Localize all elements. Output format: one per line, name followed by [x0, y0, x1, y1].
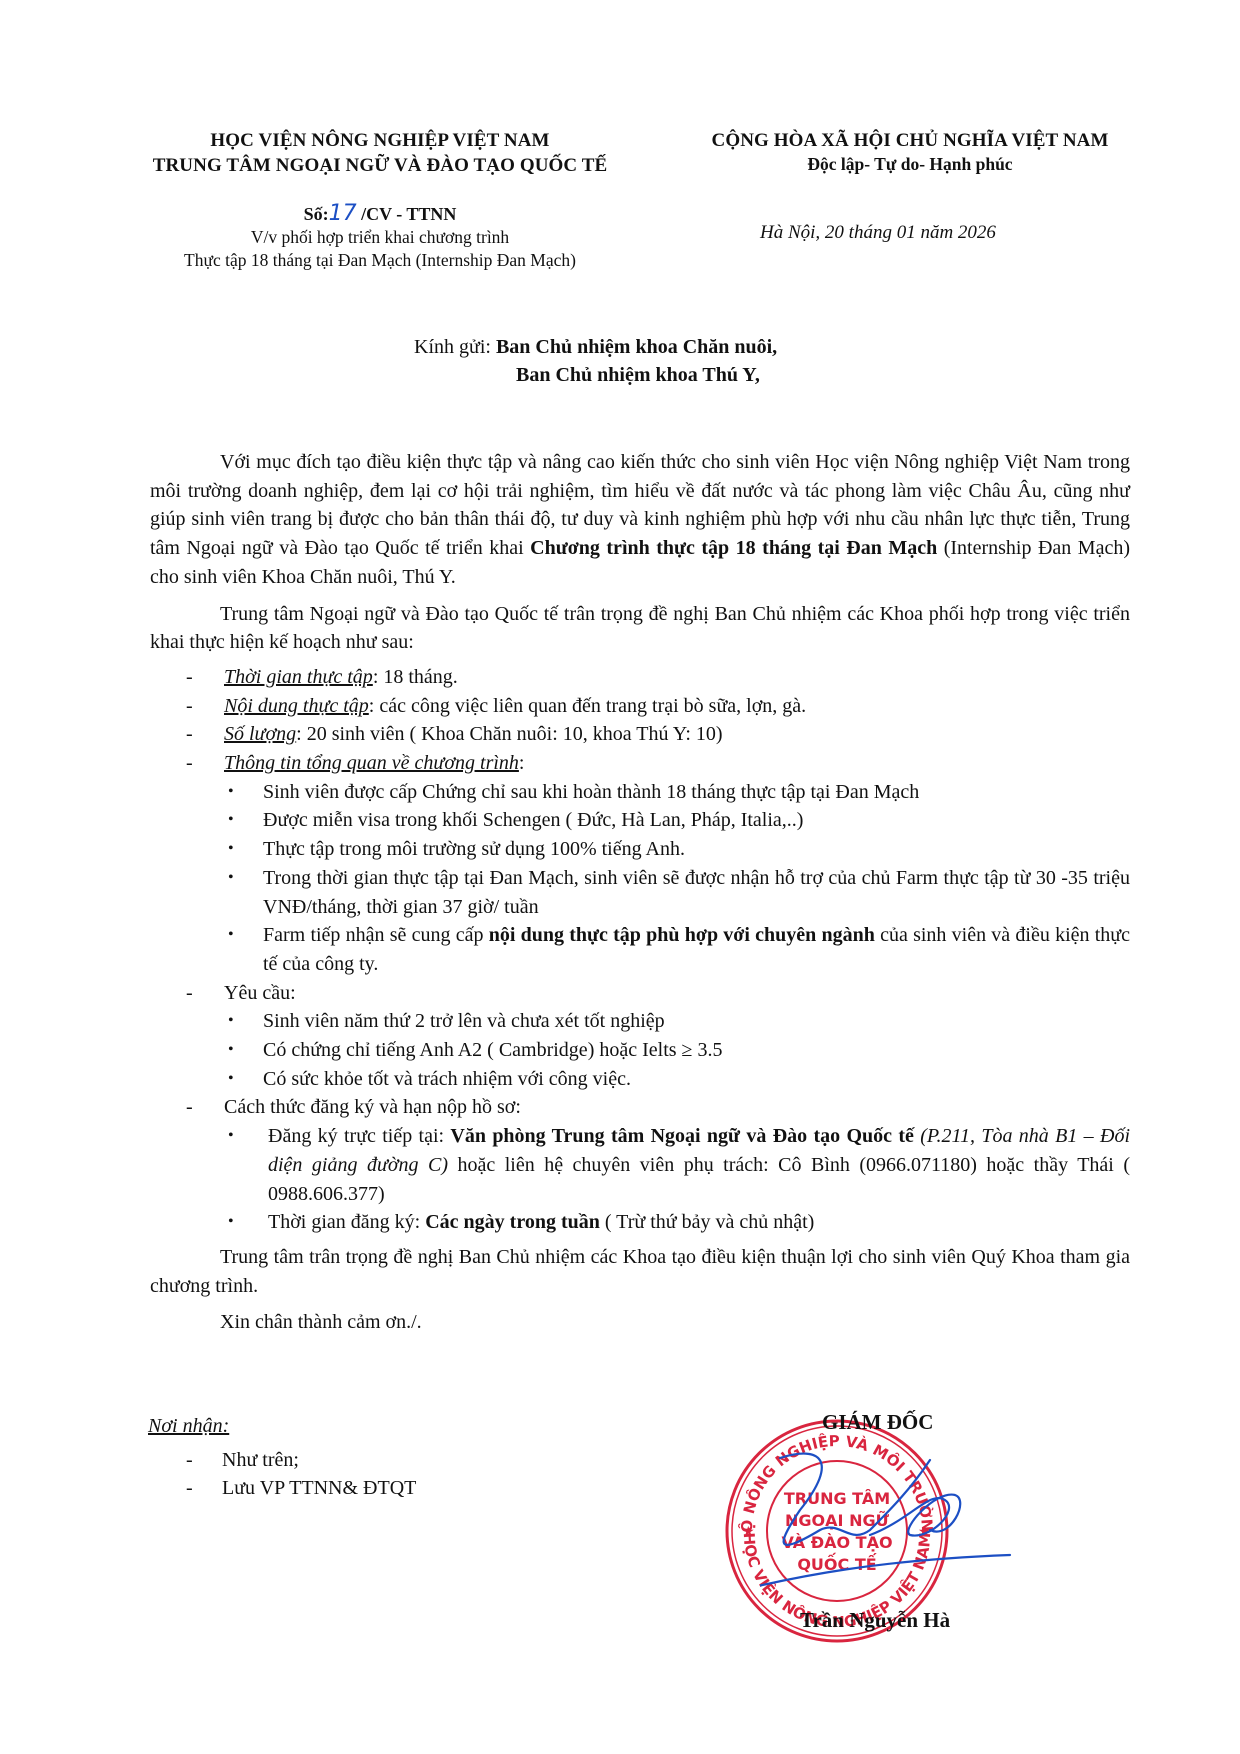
handwritten-number: 17	[329, 201, 357, 226]
overview-bullet: •Trong thời gian thực tập tại Đan Mạch, …	[150, 864, 1130, 921]
request-paragraph: Trung tâm Ngoại ngữ và Đào tạo Quốc tế t…	[150, 600, 1130, 657]
national-title: CỘNG HÒA XÃ HỘI CHỦ NGHĨA VIỆT NAM	[680, 128, 1140, 153]
letter-body: Với mục đích tạo điều kiện thực tập và n…	[150, 448, 1130, 1337]
national-motto: Độc lập- Tự do- Hạnh phúc	[680, 153, 1140, 176]
requirements-heading: -Yêu cầu:	[150, 979, 1130, 1008]
overview-bullet: •Thực tập trong môi trường sử dụng 100% …	[150, 835, 1130, 864]
overview-bullet: •Được miễn visa trong khối Schengen ( Đứ…	[150, 806, 1130, 835]
thanks-line: Xin chân thành cảm ơn./.	[150, 1308, 1130, 1337]
addressee: Kính gửi: Ban Chủ nhiệm khoa Chăn nuôi, …	[414, 333, 777, 389]
plan-item-quantity: -Số lượng: 20 sinh viên ( Khoa Chăn nuôi…	[150, 720, 1130, 749]
plan-item-duration: -Thời gian thực tập: 18 tháng.	[150, 663, 1130, 692]
recipients-block: Nơi nhận: -Như trên; -Lưu VP TTNN& ĐTQT	[148, 1412, 416, 1502]
requirement-bullet: •Có chứng chỉ tiếng Anh A2 ( Cambridge) …	[150, 1036, 1130, 1065]
intro-paragraph: Với mục đích tạo điều kiện thực tập và n…	[150, 448, 1130, 592]
closing-request-paragraph: Trung tâm trân trọng đề nghị Ban Chủ nhi…	[150, 1243, 1130, 1300]
national-header: CỘNG HÒA XÃ HỘI CHỦ NGHĨA VIỆT NAM Độc l…	[680, 128, 1140, 176]
issuer-line2: TRUNG TÂM NGOẠI NGỮ VÀ ĐÀO TẠO QUỐC TẾ	[120, 153, 640, 178]
handwritten-signature-icon	[760, 1450, 1020, 1600]
addressee-line1: Ban Chủ nhiệm khoa Chăn nuôi,	[496, 336, 777, 358]
issuer-line1: HỌC VIỆN NÔNG NGHIỆP VIỆT NAM	[120, 128, 640, 153]
requirement-bullet: •Sinh viên năm thứ 2 trở lên và chưa xét…	[150, 1007, 1130, 1036]
recipient-item: -Lưu VP TTNN& ĐTQT	[148, 1474, 416, 1502]
subject-line2: Thực tập 18 tháng tại Đan Mạch (Internsh…	[120, 249, 640, 272]
signer-name: Trần Nguyễn Hà	[800, 1608, 950, 1633]
signer-title: GIÁM ĐỐC	[822, 1410, 933, 1435]
issuer-header: HỌC VIỆN NÔNG NGHIỆP VIỆT NAM TRUNG TÂM …	[120, 128, 640, 272]
recipients-title: Nơi nhận:	[148, 1412, 416, 1440]
addressee-line2: Ban Chủ nhiệm khoa Thú Y,	[414, 361, 777, 389]
overview-bullet: •Sinh viên được cấp Chứng chỉ sau khi ho…	[150, 778, 1130, 807]
registration-bullet: •Đăng ký trực tiếp tại: Văn phòng Trung …	[150, 1122, 1130, 1208]
plan-list: -Thời gian thực tập: 18 tháng. -Nội dung…	[150, 663, 1130, 1237]
registration-bullet: •Thời gian đăng ký: Các ngày trong tuần …	[150, 1208, 1130, 1237]
svg-text:★: ★	[742, 1524, 755, 1540]
subject-line1: V/v phối hợp triển khai chương trình	[120, 226, 640, 249]
plan-item-content: -Nội dung thực tập: các công việc liên q…	[150, 692, 1130, 721]
addressee-label: Kính gửi:	[414, 336, 491, 358]
registration-heading: -Cách thức đăng ký và hạn nộp hồ sơ:	[150, 1093, 1130, 1122]
document-date: Hà Nội, 20 tháng 01 năm 2026	[760, 222, 996, 244]
recipient-item: -Như trên;	[148, 1446, 416, 1474]
document-number: Số:17 /CV - TTNN	[120, 202, 640, 226]
plan-item-overview: -Thông tin tổng quan về chương trình:	[150, 749, 1130, 778]
requirement-bullet: •Có sức khỏe tốt và trách nhiệm với công…	[150, 1065, 1130, 1094]
overview-bullet: •Farm tiếp nhận sẽ cung cấp nội dung thự…	[150, 921, 1130, 978]
